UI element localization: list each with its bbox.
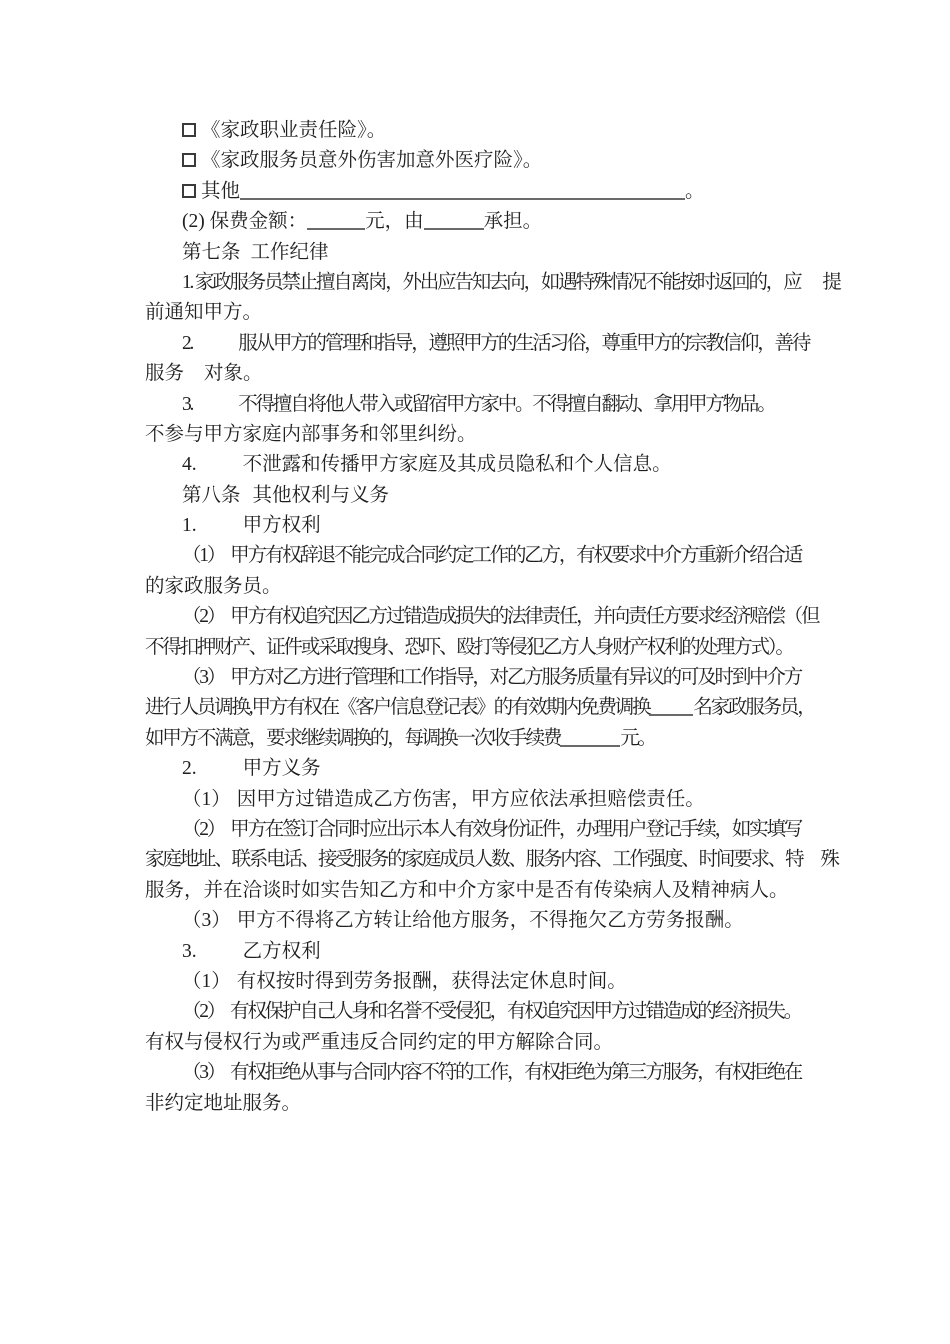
justify-gap: [241, 257, 251, 258]
text-run: 对象。: [204, 363, 263, 384]
text-run: 名家政服务员，: [693, 697, 814, 718]
document-line: 不得扣押财产、证件或采取搜身、恐吓、殴打等侵犯乙方人身财产权利的处理方式）。: [145, 633, 865, 663]
checkbox-icon: [182, 123, 196, 137]
document-line: 非约定地址服务。: [145, 1089, 865, 1119]
text-run: 4.: [182, 454, 197, 475]
text-run: 有权拒绝从事与合同内容不符的工作，有权拒绝为第三方服务，有权拒绝在: [230, 1062, 801, 1083]
text-run: 如甲方不满意，要求继续调换的，每调换一次收手续费: [145, 728, 560, 749]
text-run: 其他: [201, 181, 240, 202]
text-run: 不得扣押财产、证件或采取搜身、恐吓、殴打等侵犯乙方人身财产权利的处理方式）。: [145, 637, 793, 658]
justify-gap: [184, 378, 204, 379]
justify-gap: [197, 773, 243, 774]
document-line: 第八条其他权利与义务: [145, 481, 865, 511]
fill-in-blank: [560, 728, 620, 747]
text-run: （2）: [182, 1001, 224, 1022]
document-line: 如甲方不满意，要求继续调换的，每调换一次收手续费元。: [145, 724, 865, 754]
text-run: 2.: [182, 758, 197, 779]
text-run: 不参与甲方家庭内部事务和邻里纠纷。: [145, 424, 477, 445]
text-run: 甲方对乙方进行管理和工作指导，对乙方服务质量有异议的可及时到中介方: [230, 667, 801, 688]
text-run: 甲方义务: [243, 758, 321, 779]
checkbox-icon: [182, 184, 196, 198]
document-body[interactable]: 《家政职业责任险》。《家政服务员意外伤害加意外医疗险》。其他。(2) 保费金额：…: [145, 116, 865, 1119]
document-line: 进行人员调换,甲方有权在《客户信息登记表》的有效期内免费调换名家政服务员，: [145, 693, 865, 723]
text-run: 3.: [182, 941, 197, 962]
document-line: 第七条工作纪律: [145, 238, 865, 268]
text-run: 进行人员调换,甲方有权在《客户信息登记表》的有效期内免费调换: [145, 697, 649, 718]
text-run: 服务: [145, 363, 184, 384]
text-run: （1）: [182, 971, 231, 992]
document-line: 服务，并在洽谈时如实告知乙方和中介方家中是否有传染病人及精神病人。: [145, 876, 865, 906]
text-run: 服务，并在洽谈时如实告知乙方和中介方家中是否有传染病人及精神病人。: [145, 880, 789, 901]
text-run: 第七条: [182, 242, 241, 263]
document-line: （1）因甲方过错造成乙方伤害，甲方应依法承担赔偿责任。: [145, 785, 865, 815]
justify-gap: [802, 864, 820, 865]
document-line: （3）有权拒绝从事与合同内容不符的工作，有权拒绝为第三方服务，有权拒绝在: [145, 1058, 865, 1088]
text-run: 服从甲方的管理和指导，遵照甲方的生活习俗，尊重甲方的宗教信仰，善待: [238, 333, 809, 354]
text-run: 甲方权利: [243, 515, 321, 536]
document-line: 2.甲方义务: [145, 754, 865, 784]
justify-gap: [197, 469, 243, 470]
text-run: 的家政服务员。: [145, 576, 282, 597]
document-line: 3.不得擅自将他人带入或留宿甲方家中。不得擅自翻动、拿用甲方物品。: [145, 390, 865, 420]
document-line: 《家政职业责任险》。: [145, 116, 865, 146]
text-run: 其他权利与义务: [253, 485, 390, 506]
text-run: 甲方在签订合同时应出示本人有效身份证件，办理用户登记手续，如实填写: [230, 819, 801, 840]
text-run: 工作纪律: [251, 242, 329, 263]
document-line: （1）甲方有权辞退不能完成合同约定工作的乙方，有权要求中介方重新介绍合适: [145, 541, 865, 571]
text-run: 非约定地址服务。: [145, 1093, 301, 1114]
text-run: 元。: [620, 728, 655, 749]
text-run: （3）: [182, 910, 231, 931]
text-run: （2）: [182, 819, 224, 840]
text-run: 殊: [820, 849, 837, 870]
document-line: 《家政服务员意外伤害加意外医疗险》。: [145, 146, 865, 176]
text-run: 家庭地址、联系电话、接受服务的家庭成员人数、服务内容、工作强度、时间要求、特: [145, 849, 802, 870]
justify-gap: [197, 956, 243, 957]
document-line: 其他。: [145, 177, 865, 207]
text-run: 承担。: [484, 211, 543, 232]
document-line: 3.乙方权利: [145, 937, 865, 967]
fill-in-blank: [240, 181, 685, 200]
text-run: 有权按时得到劳务报酬，获得法定休息时间。: [237, 971, 627, 992]
document-line: 1.甲方权利: [145, 511, 865, 541]
text-run: 不得擅自将他人带入或留宿甲方家中。不得擅自翻动、拿用甲方物品。: [238, 394, 774, 415]
document-line: （2）有权保护自己人身和名誉不受侵犯，有权追究因甲方过错造成的经济损失。: [145, 997, 865, 1027]
text-run: 。: [685, 181, 705, 202]
text-run: 第八条: [182, 485, 241, 506]
justify-gap: [800, 287, 822, 288]
fill-in-blank: [649, 697, 693, 716]
text-run: 有权与侵权行为或严重违反合同约定的甲方解除合同。: [145, 1032, 613, 1053]
document-line: 4.不泄露和传播甲方家庭及其成员隐私和个人信息。: [145, 450, 865, 480]
justify-gap: [241, 500, 253, 501]
document-line: （2）甲方有权追究因乙方过错造成损失的法律责任，并向责任方要求经济赔偿（但: [145, 602, 865, 632]
document-line: 有权与侵权行为或严重违反合同约定的甲方解除合同。: [145, 1028, 865, 1058]
text-run: 元，由: [365, 211, 424, 232]
document-line: 家庭地址、联系电话、接受服务的家庭成员人数、服务内容、工作强度、时间要求、特殊: [145, 845, 865, 875]
document-line: 前通知甲方。: [145, 298, 865, 328]
justify-gap: [192, 409, 238, 410]
document-line: （2）甲方在签订合同时应出示本人有效身份证件，办理用户登记手续，如实填写: [145, 815, 865, 845]
document-line: 服务对象。: [145, 359, 865, 389]
text-run: 不泄露和传播甲方家庭及其成员隐私和个人信息。: [243, 454, 672, 475]
document-line: 2.服从甲方的管理和指导，遵照甲方的生活习俗，尊重甲方的宗教信仰，善待: [145, 329, 865, 359]
text-run: 《家政职业责任险》。: [201, 120, 386, 141]
text-run: （1）: [182, 789, 231, 810]
text-run: 2.: [182, 333, 192, 354]
document-page: 《家政职业责任险》。《家政服务员意外伤害加意外医疗险》。其他。(2) 保费金额：…: [0, 0, 950, 1344]
text-run: 前通知甲方。: [145, 302, 262, 323]
document-line: （3）甲方不得将乙方转让给他方服务，不得拖欠乙方劳务报酬。: [145, 906, 865, 936]
text-run: （2）: [182, 606, 224, 627]
text-run: （1）: [182, 545, 224, 566]
document-line: （1）有权按时得到劳务报酬，获得法定休息时间。: [145, 967, 865, 997]
text-run: （3）: [182, 667, 224, 688]
justify-gap: [192, 348, 238, 349]
document-line: 的家政服务员。: [145, 572, 865, 602]
document-line: 不参与甲方家庭内部事务和邻里纠纷。: [145, 420, 865, 450]
text-run: 乙方权利: [243, 941, 321, 962]
text-run: 因甲方过错造成乙方伤害，甲方应依法承担赔偿责任。: [237, 789, 705, 810]
text-run: 甲方不得将乙方转让给他方服务，不得拖欠乙方劳务报酬。: [237, 910, 744, 931]
text-run: 提: [822, 272, 839, 293]
fill-in-blank: [424, 211, 484, 230]
fill-in-blank: [307, 211, 365, 230]
text-run: 3.: [182, 394, 192, 415]
text-run: 1. 家政服务员禁止擅自离岗，外出应告知去向，如遇特殊情况不能按时返回的，应: [182, 272, 800, 293]
document-line: 1. 家政服务员禁止擅自离岗，外出应告知去向，如遇特殊情况不能按时返回的，应提: [145, 268, 865, 298]
document-line: (2) 保费金额：元，由承担。: [145, 207, 865, 237]
text-run: 甲方有权辞退不能完成合同约定工作的乙方，有权要求中介方重新介绍合适: [230, 545, 801, 566]
text-run: 有权保护自己人身和名誉不受侵犯，有权追究因甲方过错造成的经济损失。: [230, 1001, 801, 1022]
text-run: 《家政服务员意外伤害加意外医疗险》。: [201, 150, 542, 171]
justify-gap: [197, 530, 243, 531]
text-run: （3）: [182, 1062, 224, 1083]
text-run: 甲方有权追究因乙方过错造成损失的法律责任，并向责任方要求经济赔偿（但: [230, 606, 818, 627]
text-run: 1.: [182, 515, 197, 536]
document-line: （3）甲方对乙方进行管理和工作指导，对乙方服务质量有异议的可及时到中介方: [145, 663, 865, 693]
text-run: (2) 保费金额：: [182, 211, 307, 232]
checkbox-icon: [182, 153, 196, 167]
